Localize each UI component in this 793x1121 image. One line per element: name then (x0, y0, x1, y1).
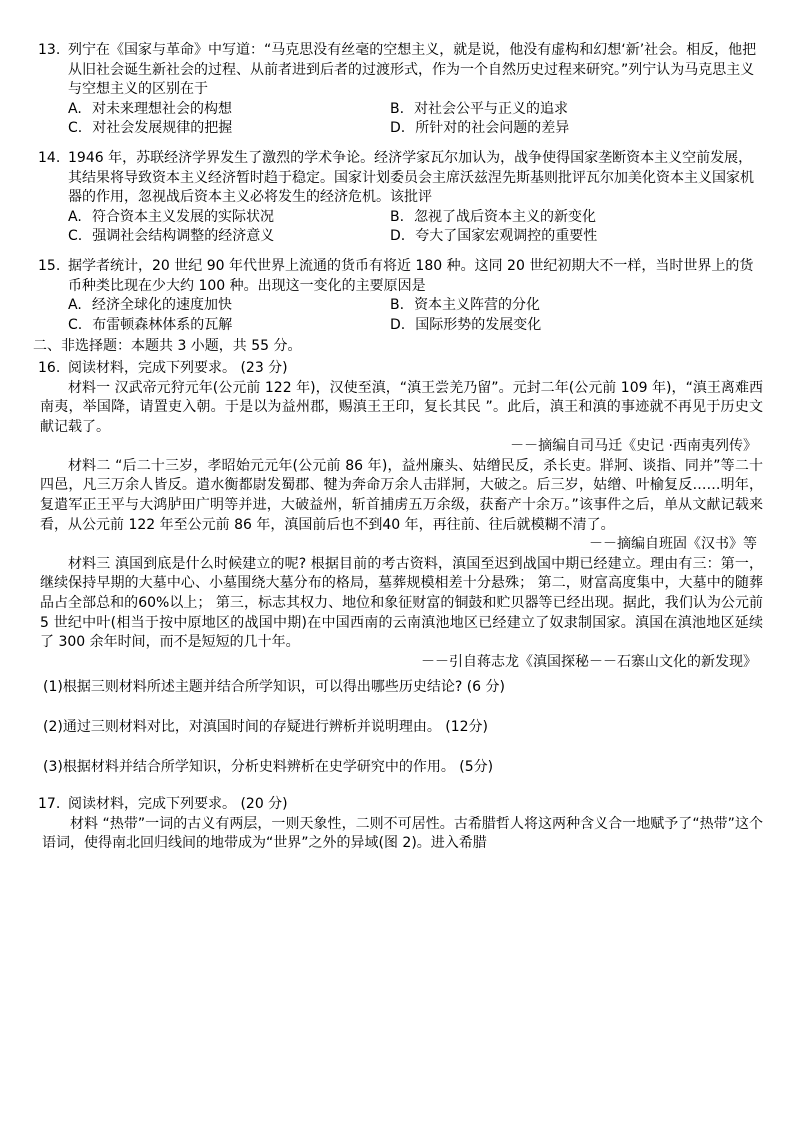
question-14: 14. 1946 年，苏联经济学界发生了激烈的学术争论。经济学家瓦尔加认为，战争… (38, 149, 763, 247)
question-15: 15. 据学者统计，20 世纪 90 年代世界上流通的货币有将近 180 种。这… (38, 257, 763, 335)
option-c: C.布雷顿森林体系的瓦解 (68, 316, 390, 336)
question-13-stem-row: 13. 列宁在《国家与革命》中写道：“马克思没有丝毫的空想主义，就是说，他没有虚… (38, 41, 763, 100)
question-number: 16. (38, 359, 68, 379)
subquestion-2: (2)通过三则材料对比，对滇国时间的存疑进行辨析并说明理由。 (12分) (43, 718, 763, 738)
question-13-options: A.对未来理想社会的构想 B.对社会公平与正义的追求 C.对社会发展规律的把握 … (68, 100, 763, 139)
option-text: 资本主义阵营的分化 (414, 297, 540, 313)
option-label: D. (390, 316, 405, 336)
option-d: D.夸大了国家宏观调控的重要性 (390, 227, 763, 247)
question-number: 15. (38, 257, 68, 277)
option-label: C. (68, 316, 82, 336)
subquestion-1: (1)根据三则材料所述主题并结合所学知识，可以得出哪些历史结论? (6 分) (43, 678, 763, 698)
option-label: A. (68, 100, 82, 120)
material-3: 材料三 滇国到底是什么时候建立的呢? 根据目前的考古资料，滇国至迟到战国中期已经… (40, 555, 763, 653)
option-label: A. (68, 208, 82, 228)
option-a: A.经济全球化的速度加快 (68, 296, 390, 316)
question-16: 16. 阅读材料，完成下列要求。 (23 分) 材料一 汉武帝元狩元年(公元前 … (38, 359, 763, 777)
question-16-intro-row: 16. 阅读材料，完成下列要求。 (23 分) (38, 359, 763, 379)
option-text: 符合资本主义发展的实际状况 (92, 209, 274, 225)
material-1: 材料一 汉武帝元狩元年(公元前 122 年)，汉使至滇，“滇王尝羌乃留”。元封二… (40, 379, 763, 438)
option-d: D.国际形势的发展变化 (390, 316, 763, 336)
exam-page: 13. 列宁在《国家与革命》中写道：“马克思没有丝毫的空想主义，就是说，他没有虚… (0, 0, 793, 1121)
option-label: B. (390, 208, 404, 228)
question-number: 17. (38, 795, 68, 815)
material-3-attribution: －－引自蒋志龙《滇国探秘－－石寨山文化的新发现》 (38, 653, 763, 673)
question-13: 13. 列宁在《国家与革命》中写道：“马克思没有丝毫的空想主义，就是说，他没有虚… (38, 41, 763, 139)
option-label: C. (68, 119, 82, 139)
option-b: B.忽视了战后资本主义的新变化 (390, 208, 763, 228)
option-a: A.对未来理想社会的构想 (68, 100, 390, 120)
option-label: B. (390, 100, 404, 120)
question-stem: 列宁在《国家与革命》中写道：“马克思没有丝毫的空想主义，就是说，他没有虚构和幻想… (68, 41, 763, 100)
option-text: 忽视了战后资本主义的新变化 (414, 209, 596, 225)
subquestion-3: (3)根据材料并结合所学知识，分析史料辨析在史学研究中的作用。 (5分) (43, 758, 763, 778)
option-text: 国际形势的发展变化 (415, 317, 541, 333)
option-c: C.对社会发展规律的把握 (68, 119, 390, 139)
material-1-attribution: －－摘编自司马迁《史记 ·西南夷列传》 (38, 437, 763, 457)
question-stem: 1946 年，苏联经济学界发生了激烈的学术争论。经济学家瓦尔加认为，战争使得国家… (68, 149, 763, 208)
option-text: 夸大了国家宏观调控的重要性 (415, 228, 597, 244)
question-17: 17. 阅读材料，完成下列要求。 (20 分) 材料 “热带”一词的古义有两层，… (38, 795, 763, 854)
option-text: 对社会发展规律的把握 (92, 120, 232, 136)
section-2-header: 二、非选择题：本题共 3 小题，共 55 分。 (33, 337, 763, 357)
question-15-options: A.经济全球化的速度加快 B.资本主义阵营的分化 C.布雷顿森林体系的瓦解 D.… (68, 296, 763, 335)
question-intro: 阅读材料，完成下列要求。 (23 分) (68, 359, 763, 379)
question-number: 13. (38, 41, 68, 61)
option-b: B.资本主义阵营的分化 (390, 296, 763, 316)
option-text: 所针对的社会问题的差异 (415, 120, 569, 136)
option-a: A.符合资本主义发展的实际状况 (68, 208, 390, 228)
option-label: D. (390, 119, 405, 139)
option-b: B.对社会公平与正义的追求 (390, 100, 763, 120)
material-2-attribution: －－摘编自班固《汉书》等 (38, 535, 763, 555)
question-number: 14. (38, 149, 68, 169)
question-intro: 阅读材料，完成下列要求。 (20 分) (68, 795, 763, 815)
question-14-options: A.符合资本主义发展的实际状况 B.忽视了战后资本主义的新变化 C.强调社会结构… (68, 208, 763, 247)
option-label: D. (390, 227, 405, 247)
option-text: 经济全球化的速度加快 (92, 297, 232, 313)
material-q17: 材料 “热带”一词的古义有两层，一则天象性，二则不可居性。古希腊哲人将这两种含义… (42, 815, 763, 854)
option-text: 强调社会结构调整的经济意义 (92, 228, 274, 244)
option-text: 对社会公平与正义的追求 (414, 101, 568, 117)
option-d: D.所针对的社会问题的差异 (390, 119, 763, 139)
option-label: A. (68, 296, 82, 316)
material-2: 材料二 “后二十三岁，孝昭始元元年(公元前 86 年)，益州廉头、姑缯民反，杀长… (40, 457, 763, 535)
question-stem: 据学者统计，20 世纪 90 年代世界上流通的货币有将近 180 种。这同 20… (68, 257, 763, 296)
question-15-stem-row: 15. 据学者统计，20 世纪 90 年代世界上流通的货币有将近 180 种。这… (38, 257, 763, 296)
option-label: C. (68, 227, 82, 247)
option-text: 布雷顿森林体系的瓦解 (92, 317, 232, 333)
question-14-stem-row: 14. 1946 年，苏联经济学界发生了激烈的学术争论。经济学家瓦尔加认为，战争… (38, 149, 763, 208)
option-label: B. (390, 296, 404, 316)
option-text: 对未来理想社会的构想 (92, 101, 232, 117)
option-c: C.强调社会结构调整的经济意义 (68, 227, 390, 247)
question-17-intro-row: 17. 阅读材料，完成下列要求。 (20 分) (38, 795, 763, 815)
